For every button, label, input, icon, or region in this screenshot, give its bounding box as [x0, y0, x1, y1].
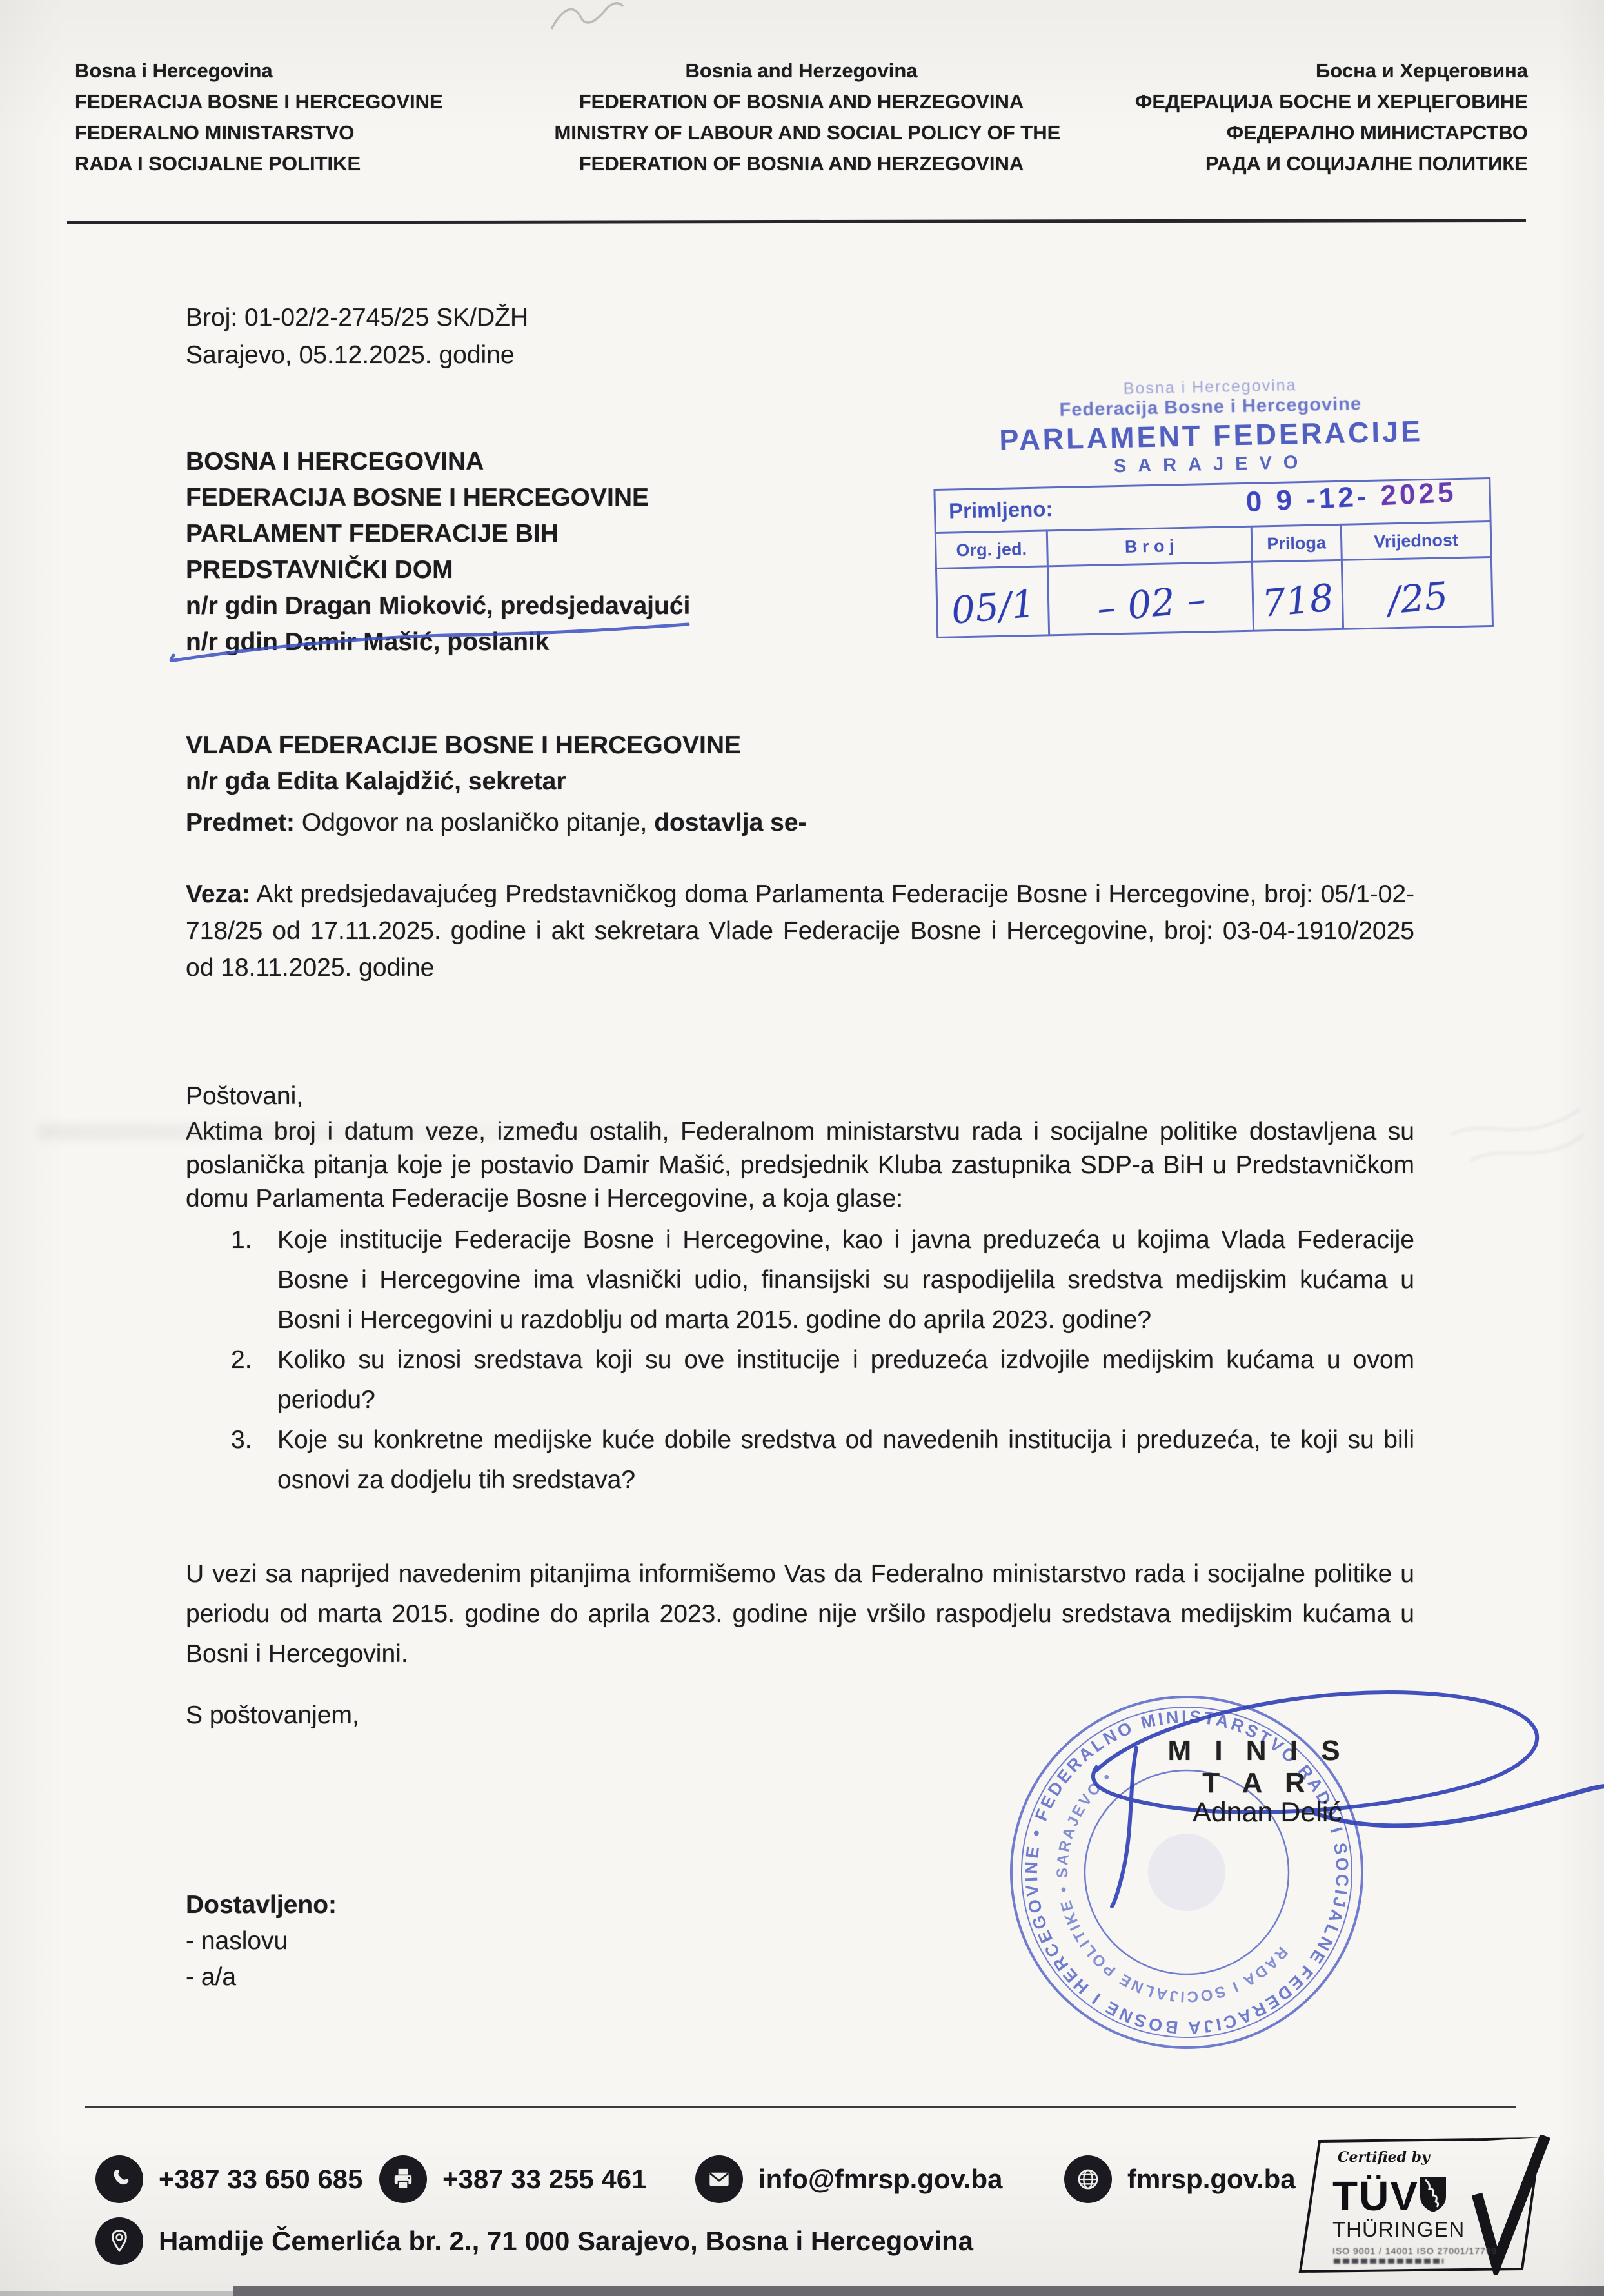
letterhead-line: Bosnia and Herzegovina — [554, 55, 1048, 86]
document-place-date: Sarajevo, 05.12.2025. godine — [186, 337, 528, 374]
received-date-stamp: 0 9 -12- 2025 — [1245, 472, 1458, 523]
tuv-standards: ISO 9001 / 14001 ISO 27001/17799 — [1332, 2246, 1497, 2256]
distribution-block: Dostavljeno: - naslovu - a/a — [186, 1887, 337, 1995]
letterhead-line: RADA I SOCIJALNE POLITIKE — [75, 148, 554, 179]
address-text: Hamdije Čemerlića br. 2., 71 000 Sarajev… — [159, 2226, 973, 2257]
column-header: Vrijednost — [1340, 522, 1490, 559]
letterhead-line: MINISTRY OF LABOUR AND SOCIAL POLICY OF … — [554, 117, 1048, 148]
column-header: Org. jed. — [936, 531, 1047, 568]
document-number: Broj: 01-02/2-2745/25 SK/DŽH — [186, 299, 528, 337]
question-number: 1. — [231, 1220, 252, 1260]
column-header: B r o j — [1046, 528, 1251, 566]
distribution-label: Dostavljeno: — [186, 1887, 337, 1923]
scan-edge-band-light — [0, 2291, 233, 2296]
minister-name: Adnan Delić — [1158, 1797, 1377, 1828]
fax-number: +387 33 255 461 — [442, 2164, 646, 2195]
question-item: 2. Koliko su iznosi sredstava koji su ov… — [186, 1340, 1414, 1420]
column-header: Priloga — [1251, 526, 1341, 561]
footer-email: info@fmrsp.gov.ba — [695, 2155, 1003, 2203]
phone-icon — [95, 2155, 143, 2203]
recipient-line: VLADA FEDERACIJE BOSNE I HERCEGOVINE — [186, 727, 741, 764]
subject-line: Predmet: Odgovor na poslaničko pitanje, … — [186, 809, 807, 837]
received-label: Primljeno: — [949, 497, 1053, 522]
handwritten-attachments: 718 — [1251, 561, 1342, 630]
letterhead-line: ФЕДЕРАЦИЈА БОСНЕ И ХЕРЦЕГОВИНЕ — [1049, 86, 1528, 117]
letterhead-bosnian: Bosna i Hercegovina FEDERACIJA BOSNE I H… — [75, 55, 554, 179]
letterhead-line: FEDERATION OF BOSNIA AND HERZEGOVINA — [554, 148, 1048, 179]
received-stamp: Bosna i Hercegovina Federacija Bosne i H… — [925, 372, 1500, 638]
recipient-line: BOSNA I HERCEGOVINA — [186, 444, 690, 480]
website-url: fmrsp.gov.ba — [1127, 2164, 1296, 2195]
letterhead-line: FEDERACIJA BOSNE I HERCEGOVINE — [75, 86, 554, 117]
tuv-region: THÜRINGEN — [1332, 2217, 1465, 2242]
recipient-line: PARLAMENT FEDERACIJE BIH — [186, 516, 690, 552]
scan-smudge — [39, 1123, 1200, 1140]
document-meta: Broj: 01-02/2-2745/25 SK/DŽH Sarajevo, 0… — [186, 299, 528, 374]
question-text: Koliko su iznosi sredstava koji su ove i… — [277, 1346, 1414, 1414]
letterhead-cyrillic: Босна и Херцеговина ФЕДЕРАЦИЈА БОСНЕ И Х… — [1049, 55, 1528, 179]
question-text: Koje institucije Federacije Bosne i Herc… — [277, 1226, 1414, 1334]
handwritten-org-unit: 05/1 — [937, 567, 1048, 637]
received-stamp-values: 05/1 – 02 – 718 /25 — [937, 556, 1492, 637]
question-number: 3. — [231, 1420, 252, 1460]
distribution-item: - naslovu — [186, 1923, 337, 1959]
reference-label: Veza: — [186, 880, 250, 908]
letterhead-line: Bosna i Hercegovina — [75, 55, 554, 86]
globe-icon — [1064, 2155, 1112, 2203]
fax-icon — [379, 2155, 427, 2203]
letterhead-line: Босна и Херцеговина — [1049, 55, 1528, 86]
question-item: 3. Koje su konkretne medijske kuće dobil… — [186, 1420, 1414, 1500]
footer-phone: +387 33 650 685 — [95, 2155, 362, 2203]
footer-fax: +387 33 255 461 — [379, 2155, 646, 2203]
reference-text: Akt predsjedavajućeg Predstavničkog doma… — [186, 880, 1414, 982]
handwritten-number: – 02 – — [1047, 563, 1253, 635]
subject-label: Predmet: — [186, 809, 295, 836]
pen-underline — [164, 613, 706, 671]
scanned-letter-page: Bosna i Hercegovina FEDERACIJA BOSNE I H… — [0, 0, 1604, 2296]
subject-suffix: dostavlja se- — [654, 809, 806, 836]
tuv-coat-of-arms — [1420, 2177, 1446, 2212]
recipient-line: FEDERACIJA BOSNE I HERCEGOVINE — [186, 480, 690, 516]
letterhead-line: РАДА И СОЦИЈАЛНЕ ПОЛИТИКЕ — [1049, 148, 1528, 179]
question-item: 1. Koje institucije Federacije Bosne i H… — [186, 1220, 1414, 1340]
subject-text: Odgovor na poslaničko pitanje, — [295, 809, 654, 836]
phone-number: +387 33 650 685 — [159, 2164, 362, 2195]
handwritten-value: /25 — [1341, 558, 1492, 628]
scan-edge-band — [233, 2286, 1604, 2296]
reference-paragraph: Veza: Akt predsjedavajućeg Predstavničko… — [186, 876, 1414, 986]
questions-list: 1. Koje institucije Federacije Bosne i H… — [186, 1220, 1414, 1500]
tuv-certification-logo: Certified by TÜV THÜRINGEN ISO 9001 / 14… — [1282, 2135, 1563, 2275]
email-icon — [695, 2155, 743, 2203]
salutation: Poštovani, — [186, 1082, 303, 1111]
closing-salutation: S poštovanjem, — [186, 1701, 359, 1730]
location-icon — [95, 2217, 143, 2265]
scan-scribble — [1445, 1096, 1587, 1174]
footer-website: fmrsp.gov.ba — [1064, 2155, 1296, 2203]
footer-divider — [85, 2106, 1516, 2108]
letterhead-english: Bosnia and Herzegovina FEDERATION OF BOS… — [554, 55, 1048, 179]
recipient-line: n/r gđa Edita Kalajdžić, sekretar — [186, 764, 741, 800]
letterhead: Bosna i Hercegovina FEDERACIJA BOSNE I H… — [75, 55, 1528, 179]
tuv-brand: TÜV — [1332, 2172, 1419, 2220]
question-text: Koje su konkretne medijske kuće dobile s… — [277, 1426, 1414, 1494]
recipient-block-government: VLADA FEDERACIJE BOSNE I HERCEGOVINE n/r… — [186, 727, 741, 800]
distribution-item: - a/a — [186, 1959, 337, 1995]
tuv-fine-print — [1334, 2259, 1443, 2264]
letterhead-line: FEDERALNO MINISTARSTVO — [75, 117, 554, 148]
letterhead-line: ФЕДЕРАЛНО МИНИСТАРСТВО — [1049, 117, 1528, 148]
question-number: 2. — [231, 1340, 252, 1380]
footer-address: Hamdije Čemerlića br. 2., 71 000 Sarajev… — [95, 2217, 973, 2265]
letterhead-line: FEDERATION OF BOSNIA AND HERZEGOVINA — [554, 86, 1048, 117]
pencil-mark — [535, 0, 651, 45]
header-divider — [67, 219, 1526, 224]
email-address: info@fmrsp.gov.ba — [758, 2164, 1003, 2195]
recipient-line: PREDSTAVNIČKI DOM — [186, 552, 690, 588]
minister-title: M I N I S T A R — [1158, 1735, 1358, 1799]
tuv-certified-by: Certified by — [1338, 2149, 1430, 2166]
received-stamp-table: Primljeno: 0 9 -12- 2025 Org. jed. B r o… — [933, 477, 1494, 638]
